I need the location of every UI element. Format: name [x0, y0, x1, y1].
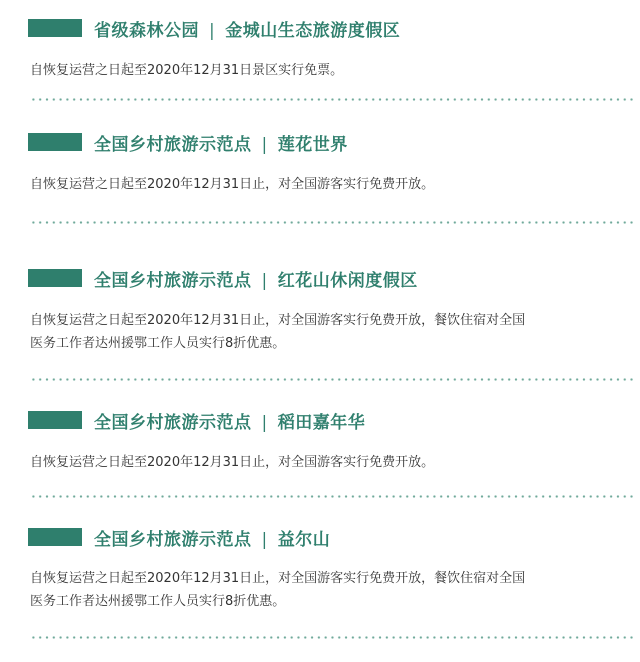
accent-bar [28, 19, 82, 37]
accent-bar [28, 133, 82, 151]
dotted-divider [30, 495, 634, 498]
item-header: 省级森林公园|金城山生态旅游度假区 [28, 17, 400, 39]
dotted-divider [30, 378, 634, 381]
item-header: 全国乡村旅游示范点|红花山休闲度假区 [28, 267, 418, 289]
item-title: 全国乡村旅游示范点|益尔山 [94, 525, 330, 550]
title-separator: | [262, 413, 268, 433]
item-category: 省级森林公园 [94, 21, 199, 41]
item-category: 全国乡村旅游示范点 [94, 413, 252, 433]
item-description: 自恢复运营之日起至2020年12月31日止，对全国游客实行免费开放。 [30, 451, 630, 474]
item-category: 全国乡村旅游示范点 [94, 530, 252, 550]
title-separator: | [209, 21, 215, 41]
dotted-divider [30, 221, 634, 224]
item-title: 省级森林公园|金城山生态旅游度假区 [94, 16, 400, 41]
title-separator: | [262, 135, 268, 155]
item-title: 全国乡村旅游示范点|稻田嘉年华 [94, 408, 365, 433]
dotted-divider [30, 98, 634, 101]
item-category: 全国乡村旅游示范点 [94, 271, 252, 291]
item-category: 全国乡村旅游示范点 [94, 135, 252, 155]
description-line: 自恢复运营之日起至2020年12月31日止，对全国游客实行免费开放，餐饮住宿对全… [30, 309, 630, 332]
item-description: 自恢复运营之日起至2020年12月31日止，对全国游客实行免费开放。 [30, 173, 630, 196]
item-name: 金城山生态旅游度假区 [225, 21, 400, 41]
dotted-divider [30, 636, 634, 639]
item-name: 益尔山 [278, 530, 331, 550]
item-header: 全国乡村旅游示范点|稻田嘉年华 [28, 409, 365, 431]
accent-bar [28, 528, 82, 546]
item-title: 全国乡村旅游示范点|莲花世界 [94, 130, 348, 155]
description-line: 自恢复运营之日起至2020年12月31日止，对全国游客实行免费开放，餐饮住宿对全… [30, 567, 630, 590]
item-title: 全国乡村旅游示范点|红花山休闲度假区 [94, 266, 418, 291]
item-description: 自恢复运营之日起至2020年12月31日止，对全国游客实行免费开放，餐饮住宿对全… [30, 567, 630, 613]
accent-bar [28, 269, 82, 287]
item-name: 红花山休闲度假区 [278, 271, 418, 291]
title-separator: | [262, 530, 268, 550]
item-description: 自恢复运营之日起至2020年12月31日景区实行免票。 [30, 59, 630, 82]
accent-bar [28, 411, 82, 429]
item-header: 全国乡村旅游示范点|益尔山 [28, 526, 330, 548]
item-description: 自恢复运营之日起至2020年12月31日止，对全国游客实行免费开放，餐饮住宿对全… [30, 309, 630, 355]
item-header: 全国乡村旅游示范点|莲花世界 [28, 131, 348, 153]
item-name: 稻田嘉年华 [278, 413, 366, 433]
item-name: 莲花世界 [278, 135, 348, 155]
description-line: 医务工作者达州援鄂工作人员实行8折优惠。 [30, 590, 630, 613]
description-line: 医务工作者达州援鄂工作人员实行8折优惠。 [30, 332, 630, 355]
title-separator: | [262, 271, 268, 291]
